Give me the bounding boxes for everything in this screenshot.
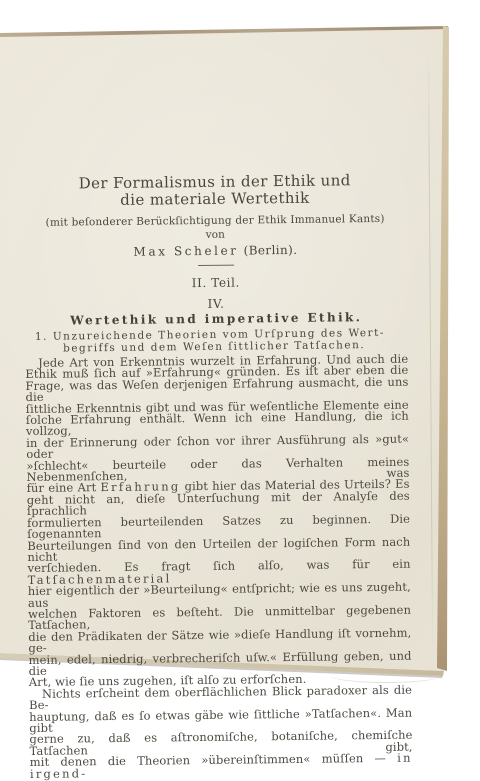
- book-photo: Der Formalismus in der Ethik und die mat…: [0, 0, 480, 700]
- divider-rule: [198, 265, 234, 266]
- chapter-title: Wertethik und imperative Ethik.: [25, 310, 408, 328]
- author-name: Max Scheler: [133, 244, 238, 259]
- author-place: (Berlin).: [244, 243, 298, 258]
- section-heading: 1. Unzureichende Theorien vom Urſprung d…: [25, 327, 408, 355]
- part-heading: II. Teil.: [24, 275, 407, 292]
- page-content: Der Formalismus in der Ethik und die mat…: [23, 162, 413, 700]
- byline-prefix: von: [24, 228, 407, 243]
- body-line: Nichts erſcheint dem oberflächlichen Bli…: [29, 684, 412, 700]
- book-subtitle: (mit beſonderer Berückſichtigung der Eth…: [24, 213, 407, 229]
- author-line: Max Scheler(Berlin).: [24, 242, 407, 260]
- body-text: Jede Art von Erkenntnis wurzelt in Erfah…: [25, 354, 413, 700]
